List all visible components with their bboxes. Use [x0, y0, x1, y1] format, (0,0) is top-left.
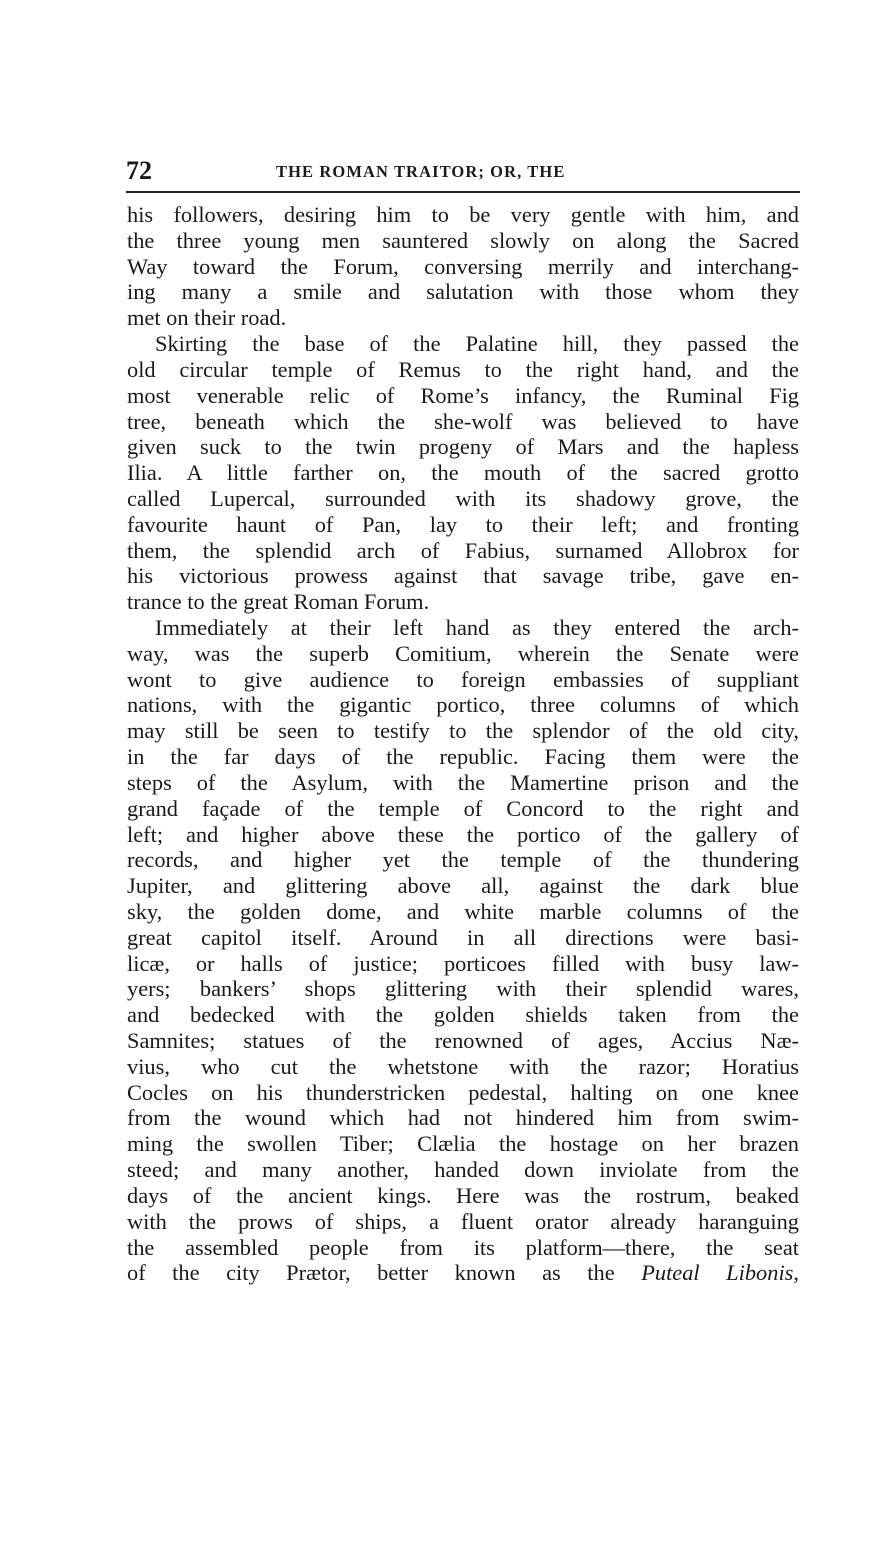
text-line: steps of the Asylum, with the Mamertine … — [127, 770, 799, 796]
text-line: licæ, or halls of justice; porticoes fil… — [127, 951, 799, 977]
text-line: wont to give audience to foreign embassi… — [127, 667, 799, 693]
running-head: 72 THE ROMAN TRAITOR; OR, THE — [126, 156, 800, 186]
text-line: nations, with the gigantic portico, thre… — [127, 692, 799, 718]
text-line: vius, who cut the whetstone with the raz… — [127, 1054, 799, 1080]
text-line: steed; and many another, handed down inv… — [127, 1157, 799, 1183]
text-line: trance to the great Roman Forum. — [127, 589, 799, 615]
text-line: left; and higher above these the portico… — [127, 822, 799, 848]
text-line: the three young men sauntered slowly on … — [127, 228, 799, 254]
paragraph-start-line: Skirting the base of the Palatine hill, … — [127, 331, 799, 357]
text-line: Jupiter, and glittering above all, again… — [127, 873, 799, 899]
text-line: his victorious prowess against that sava… — [127, 563, 799, 589]
text-line: Cocles on his thunderstricken pedestal, … — [127, 1080, 799, 1106]
text-line: Ilia. A little farther on, the mouth of … — [127, 460, 799, 486]
text-line: in the far days of the republic. Facing … — [127, 744, 799, 770]
text-line: with the prows of ships, a fluent orator… — [127, 1209, 799, 1235]
text-line: old circular temple of Remus to the righ… — [127, 357, 799, 383]
text-line: way, was the superb Comitium, wherein th… — [127, 641, 799, 667]
text-line: given suck to the twin progeny of Mars a… — [127, 434, 799, 460]
text-line: the assembled people from its platform—t… — [127, 1235, 799, 1261]
final-line-prefix: of the city Prætor, better known as the — [127, 1260, 641, 1285]
text-line: ming the swollen Tiber; Clælia the hosta… — [127, 1131, 799, 1157]
text-line: from the wound which had not hindered hi… — [127, 1105, 799, 1131]
text-line: grand façade of the temple of Concord to… — [127, 796, 799, 822]
text-line: records, and higher yet the temple of th… — [127, 847, 799, 873]
italic-term: Puteal Libonis — [641, 1260, 793, 1285]
text-line: may still be seen to testify to the sple… — [127, 718, 799, 744]
page-number: 72 — [126, 156, 152, 186]
text-line: Way toward the Forum, conversing merrily… — [127, 254, 799, 280]
text-line: called Lupercal, surrounded with its sha… — [127, 486, 799, 512]
text-line: tree, beneath which the she-wolf was bel… — [127, 409, 799, 435]
text-line: days of the ancient kings. Here was the … — [127, 1183, 799, 1209]
text-line: sky, the golden dome, and white marble c… — [127, 899, 799, 925]
text-line: yers; bankers’ shops glittering with the… — [127, 976, 799, 1002]
header-rule — [126, 191, 800, 193]
text-line: and bedecked with the golden shields tak… — [127, 1002, 799, 1028]
final-line-suffix: , — [793, 1260, 799, 1285]
text-line: favourite haunt of Pan, lay to their lef… — [127, 512, 799, 538]
text-line: his followers, desiring him to be very g… — [127, 202, 799, 228]
text-line: Samnites; statues of the renowned of age… — [127, 1028, 799, 1054]
text-line: ing many a smile and salutation with tho… — [127, 279, 799, 305]
running-title: THE ROMAN TRAITOR; OR, THE — [276, 160, 565, 184]
text-line: great capitol itself. Around in all dire… — [127, 925, 799, 951]
text-line: them, the splendid arch of Fabius, surna… — [127, 538, 799, 564]
text-line: most venerable relic of Rome’s infancy, … — [127, 383, 799, 409]
final-text-line: of the city Prætor, better known as the … — [127, 1260, 799, 1286]
paragraph-start-line: Immediately at their left hand as they e… — [127, 615, 799, 641]
text-line: met on their road. — [127, 305, 799, 331]
book-page: 72 THE ROMAN TRAITOR; OR, THE his follow… — [0, 0, 896, 1550]
body-text: his followers, desiring him to be very g… — [127, 202, 799, 1286]
